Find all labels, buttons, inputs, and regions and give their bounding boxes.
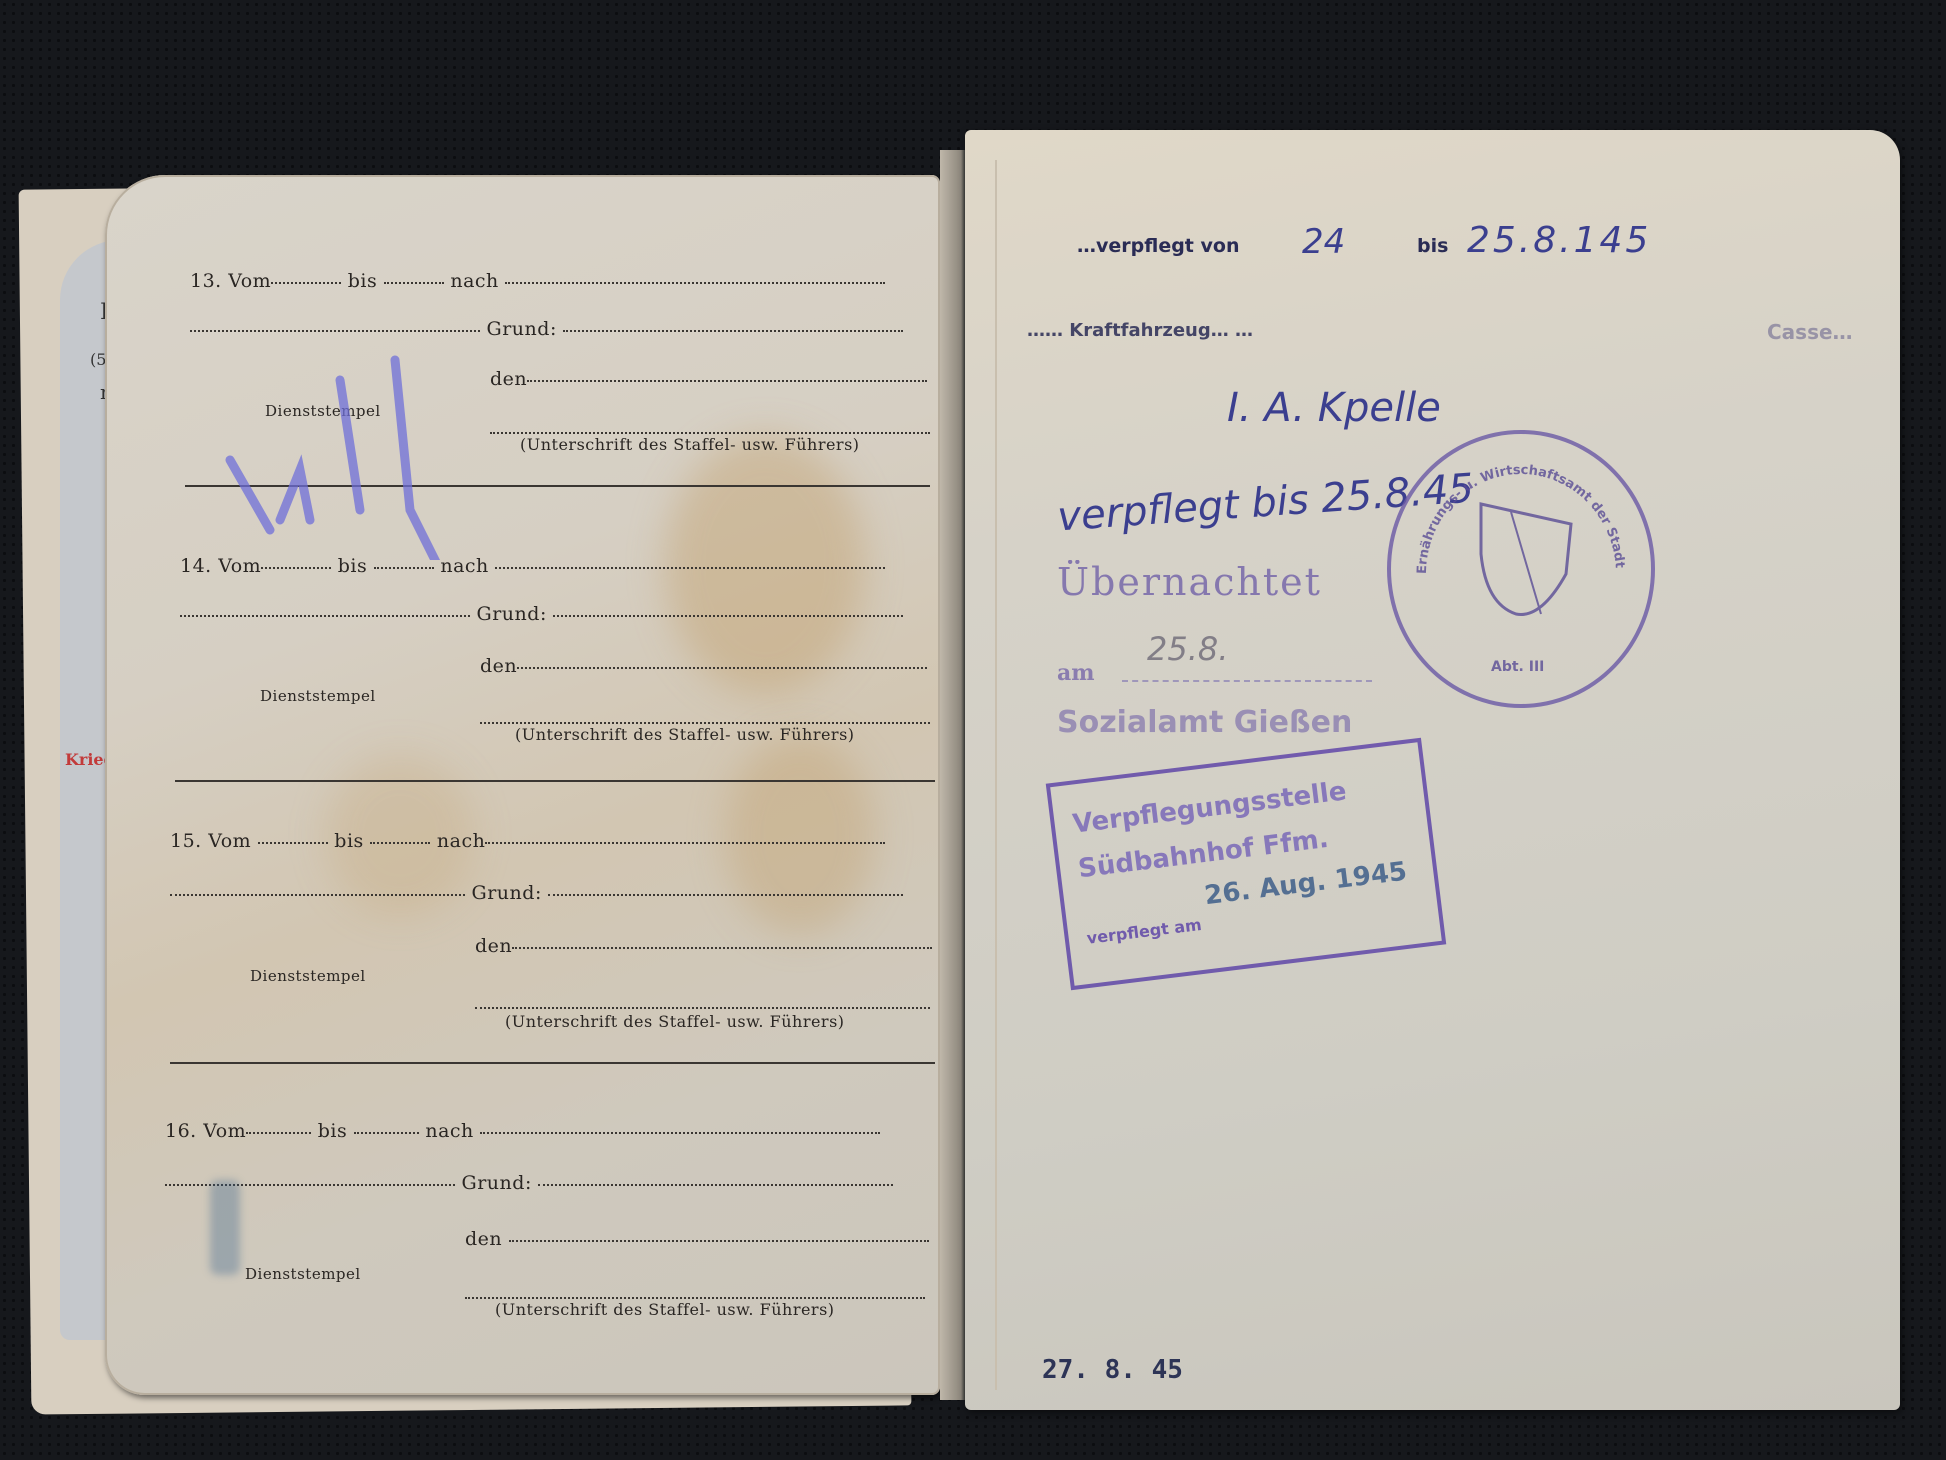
nach-label: nach xyxy=(450,270,498,292)
grund-field[interactable] xyxy=(538,1183,893,1186)
location-field[interactable] xyxy=(165,1183,455,1186)
den-field[interactable] xyxy=(527,379,927,382)
grund-label: Grund: xyxy=(462,1172,532,1194)
signature-field[interactable] xyxy=(475,1006,930,1009)
den-label: den xyxy=(490,368,527,390)
location-field[interactable] xyxy=(180,614,470,617)
dienststempel-label: Dienststempel xyxy=(260,687,376,705)
grund-field[interactable] xyxy=(563,329,903,332)
entry-number: 14. xyxy=(180,555,212,577)
right-page-content: …verpflegt von 24 bis 25.8.145 …… Kraftf… xyxy=(995,160,1877,1390)
nach-field[interactable] xyxy=(480,1131,880,1134)
uebernachtet-stamp-title: Übernachtet xyxy=(1057,560,1322,604)
verpflegt-to-value: 25.8.145 xyxy=(1467,220,1651,261)
vom-field[interactable] xyxy=(258,841,328,844)
handwritten-signature: I. A. Kpelle xyxy=(1227,385,1441,431)
vom-label: Vom xyxy=(228,270,271,292)
grund-field[interactable] xyxy=(553,614,903,617)
grund-field[interactable] xyxy=(548,893,903,896)
bis-label: bis xyxy=(334,830,364,852)
den-label: den xyxy=(465,1228,502,1250)
ink-smudge xyxy=(210,1180,240,1275)
verpflegt-von-label: …verpflegt von xyxy=(1077,235,1239,257)
entry-number: 15. xyxy=(170,830,202,852)
nach-label: nach xyxy=(425,1120,473,1142)
signature-field[interactable] xyxy=(480,721,930,724)
bis-label: bis xyxy=(1417,235,1448,257)
signature-field[interactable] xyxy=(465,1296,925,1299)
den-field[interactable] xyxy=(512,946,932,949)
stamp-bottom-text: Abt. III xyxy=(1491,659,1544,675)
bis-field[interactable] xyxy=(370,841,430,844)
entry-number: 16. xyxy=(165,1120,197,1142)
verpflegungsstelle-box-stamp: Verpflegungsstelle Südbahnhof Ffm. verpf… xyxy=(1046,738,1447,991)
vom-label: Vom xyxy=(203,1120,246,1142)
vom-label: Vom xyxy=(218,555,261,577)
verpflegt-from-value: 24 xyxy=(1302,222,1345,262)
signature-caption: (Unterschrift des Staffel- usw. Führers) xyxy=(515,725,855,744)
bis-label: bis xyxy=(348,270,378,292)
den-field[interactable] xyxy=(517,666,927,669)
vom-label: Vom xyxy=(208,830,251,852)
smudged-typed-line: …… Kraftfahrzeug… … xyxy=(1027,320,1253,341)
bis-field[interactable] xyxy=(384,281,444,284)
vom-field[interactable] xyxy=(246,1131,311,1134)
nach-label: nach xyxy=(437,830,485,852)
dienststempel-label: Dienststempel xyxy=(250,967,366,985)
bis-label: bis xyxy=(318,1120,348,1142)
grund-label: Grund: xyxy=(472,882,542,904)
vom-field[interactable] xyxy=(261,566,331,569)
bis-field[interactable] xyxy=(374,566,434,569)
margin-fragment: Casse… xyxy=(1767,320,1853,344)
dienststempel-label: Dienststempel xyxy=(245,1265,361,1283)
sozialamt-label: Sozialamt Gießen xyxy=(1057,705,1352,740)
den-label: den xyxy=(480,655,517,677)
signature-caption: (Unterschrift des Staffel- usw. Führers) xyxy=(520,435,860,454)
location-field[interactable] xyxy=(170,893,465,896)
entry-number: 13. xyxy=(190,270,222,292)
signature-caption: (Unterschrift des Staffel- usw. Führers) xyxy=(495,1300,835,1319)
am-date-field[interactable] xyxy=(1122,680,1372,682)
am-date-value: 25.8. xyxy=(1147,630,1228,668)
den-label: den xyxy=(475,935,512,957)
nach-field[interactable] xyxy=(485,841,885,844)
bis-field[interactable] xyxy=(354,1131,419,1134)
coat-of-arms-icon xyxy=(1471,494,1581,624)
bis-label: bis xyxy=(338,555,368,577)
nach-label: nach xyxy=(440,555,488,577)
blue-signature-scrawl xyxy=(220,320,480,560)
grund-label: Grund: xyxy=(477,603,547,625)
nach-field[interactable] xyxy=(495,566,885,569)
round-office-stamp: Ernährungs- u. Wirtschaftsamt der Stadt … xyxy=(1387,430,1655,708)
signature-caption: (Unterschrift des Staffel- usw. Führers) xyxy=(505,1012,845,1031)
grund-label: Grund: xyxy=(487,318,557,340)
section-divider xyxy=(170,1062,935,1064)
signature-field[interactable] xyxy=(490,431,930,434)
vom-field[interactable] xyxy=(271,281,341,284)
box-stamp-label: verpflegt am xyxy=(1086,915,1203,948)
nach-field[interactable] xyxy=(505,281,885,284)
am-label: am xyxy=(1057,660,1095,686)
section-divider xyxy=(175,780,935,782)
bottom-stamped-date: 27. 8. 45 xyxy=(1042,1355,1183,1385)
left-page: 13. Vom bis nach Grund: den Dienststempe… xyxy=(105,175,940,1395)
den-field[interactable] xyxy=(509,1239,929,1242)
